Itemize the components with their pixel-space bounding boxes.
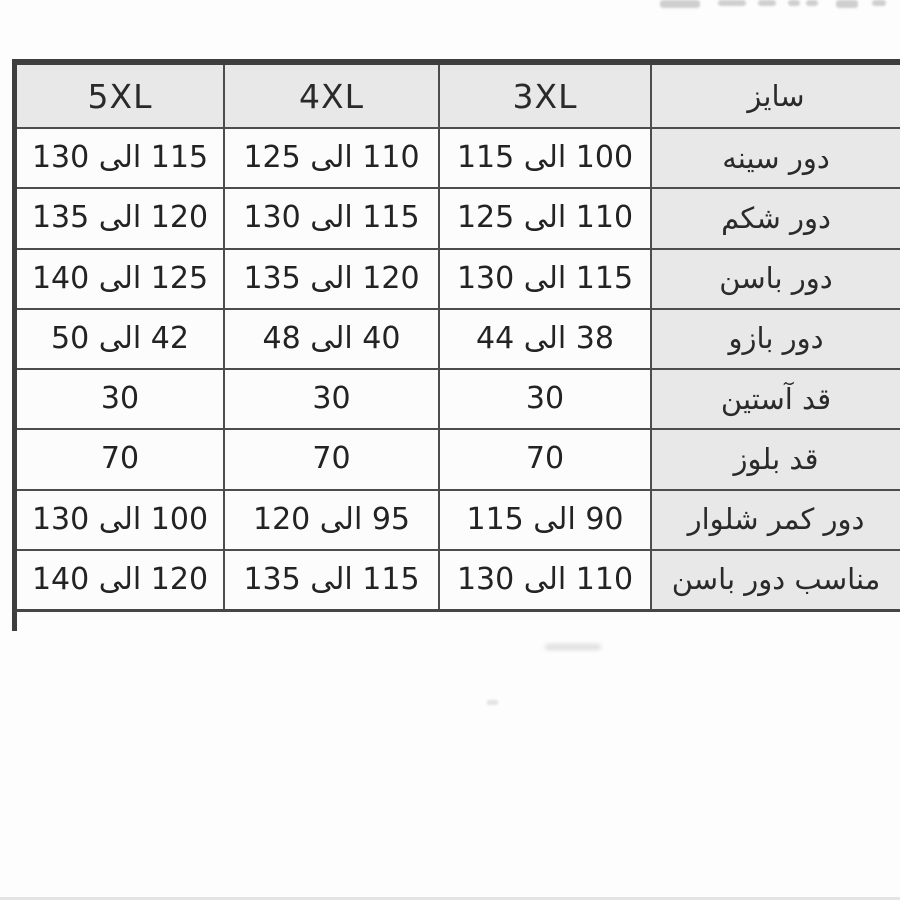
artifact-mark bbox=[836, 0, 858, 8]
artifact-mark bbox=[806, 0, 818, 6]
header-cell-5xl: 5XL bbox=[17, 65, 223, 127]
artifact-mark bbox=[788, 0, 800, 6]
row-label-cell: دور سینه bbox=[652, 129, 900, 187]
header-cell-4xl: 4XL bbox=[225, 65, 438, 127]
row-label-cell: قد آستین bbox=[652, 370, 900, 428]
value-cell-3xl: 90 الی 115 bbox=[440, 491, 650, 549]
value-cell-5xl: 125 الی 140 bbox=[17, 250, 223, 308]
value-cell-5xl: 120 الی 135 bbox=[17, 189, 223, 247]
value-cell-4xl: 115 الی 135 bbox=[225, 551, 438, 609]
row-label-cell: قد بلوز bbox=[652, 430, 900, 488]
value-cell-5xl: 100 الی 130 bbox=[17, 491, 223, 549]
value-cell-3xl: 115 الی 130 bbox=[440, 250, 650, 308]
artifact-mark bbox=[718, 0, 746, 6]
value-cell-4xl: 115 الی 130 bbox=[225, 189, 438, 247]
value-cell-5xl: 30 bbox=[17, 370, 223, 428]
value-cell-3xl: 100 الی 115 bbox=[440, 129, 650, 187]
value-cell-3xl: 110 الی 130 bbox=[440, 551, 650, 609]
value-cell-3xl: 70 bbox=[440, 430, 650, 488]
scan-smudge bbox=[487, 700, 498, 705]
value-cell-5xl: 70 bbox=[17, 430, 223, 488]
row-label-cell: دور کمر شلوار bbox=[652, 491, 900, 549]
size-chart-table: سایز 3XL 4XL 5XL دور سینه 100 الی 115 11… bbox=[12, 59, 900, 612]
scan-smudge bbox=[545, 644, 601, 650]
value-cell-4xl: 30 bbox=[225, 370, 438, 428]
artifact-mark bbox=[758, 0, 776, 6]
value-cell-4xl: 95 الی 120 bbox=[225, 491, 438, 549]
page: سایز 3XL 4XL 5XL دور سینه 100 الی 115 11… bbox=[0, 0, 900, 900]
value-cell-3xl: 110 الی 125 bbox=[440, 189, 650, 247]
row-label-cell: مناسب دور باسن bbox=[652, 551, 900, 609]
artifact-mark bbox=[660, 0, 700, 8]
header-cell-size: سایز bbox=[652, 65, 900, 127]
header-cell-3xl: 3XL bbox=[440, 65, 650, 127]
value-cell-4xl: 40 الی 48 bbox=[225, 310, 438, 368]
value-cell-5xl: 120 الی 140 bbox=[17, 551, 223, 609]
table-left-border-tail bbox=[12, 612, 17, 631]
value-cell-4xl: 70 bbox=[225, 430, 438, 488]
value-cell-3xl: 38 الی 44 bbox=[440, 310, 650, 368]
artifact-mark bbox=[872, 0, 886, 6]
value-cell-4xl: 110 الی 125 bbox=[225, 129, 438, 187]
row-label-cell: دور باسن bbox=[652, 250, 900, 308]
value-cell-5xl: 42 الی 50 bbox=[17, 310, 223, 368]
value-cell-5xl: 115 الی 130 bbox=[17, 129, 223, 187]
row-label-cell: دور بازو bbox=[652, 310, 900, 368]
row-label-cell: دور شکم bbox=[652, 189, 900, 247]
value-cell-4xl: 120 الی 135 bbox=[225, 250, 438, 308]
value-cell-3xl: 30 bbox=[440, 370, 650, 428]
